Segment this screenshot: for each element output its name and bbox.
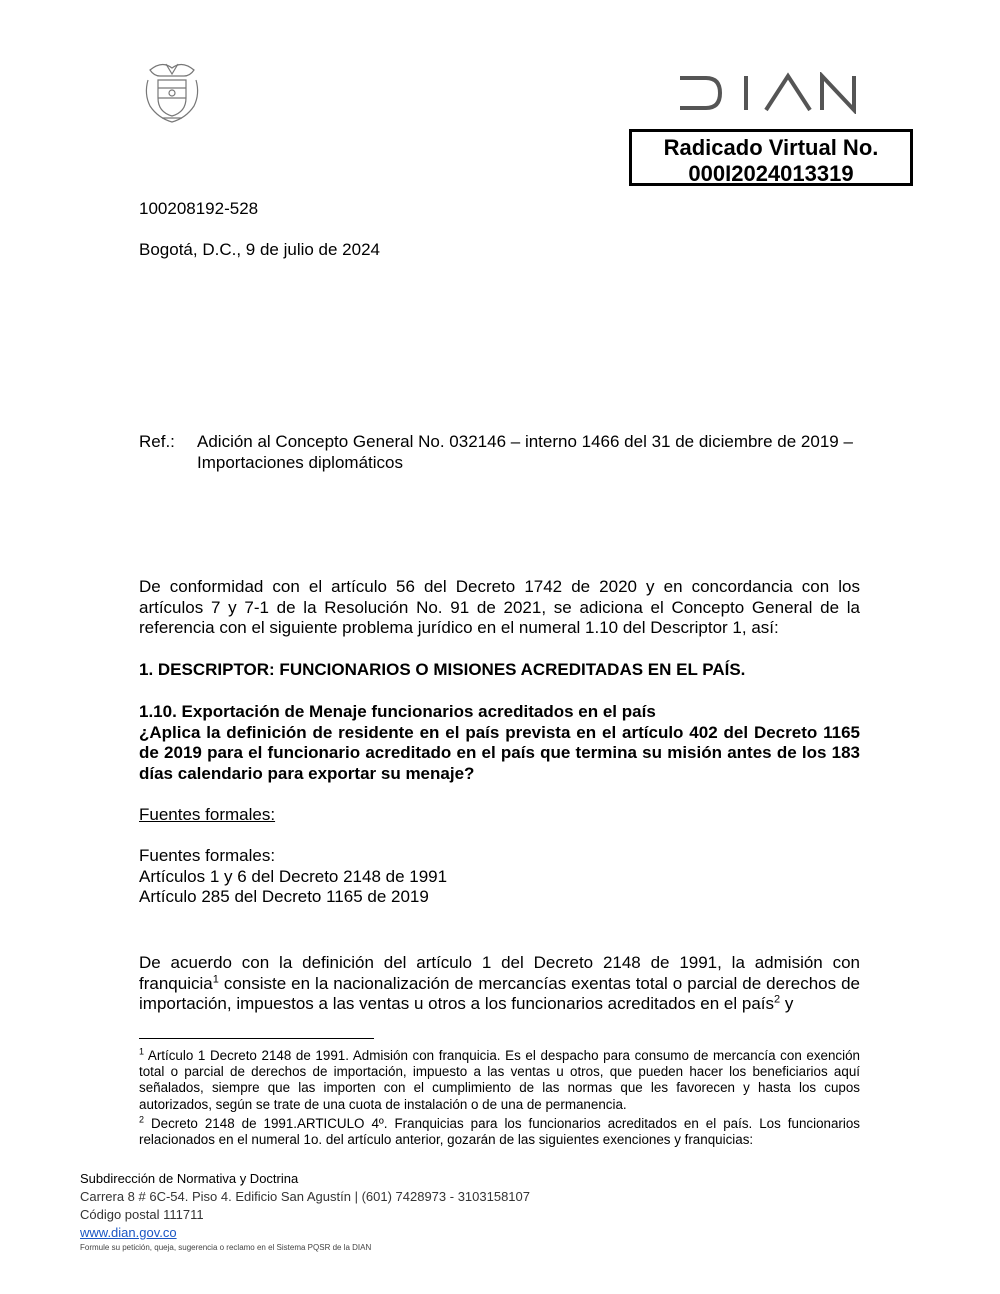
page-footer: Subdirección de Normativa y Doctrina Car… [80, 1170, 530, 1254]
legal-question-block: 1.10. Exportación de Menaje funcionarios… [139, 702, 860, 784]
colombia-coat-of-arms-icon [140, 58, 204, 126]
source-item: Artículo 285 del Decreto 1165 de 2019 [139, 887, 447, 908]
paragraph-text: consiste en la nacionalización de mercan… [139, 974, 860, 1014]
radicado-number: 000I2024013319 [632, 161, 910, 187]
radicado-box: Radicado Virtual No. 000I2024013319 [629, 129, 913, 186]
ref-text: Adición al Concepto General No. 032146 –… [197, 432, 862, 473]
legal-question: ¿Aplica la definición de residente en el… [139, 723, 860, 785]
footer-website-link[interactable]: www.dian.gov.co [80, 1225, 177, 1240]
ref-label: Ref.: [139, 432, 175, 453]
footnote-2: 2 Decreto 2148 de 1991.ARTICULO 4º. Fran… [139, 1116, 860, 1148]
franchise-paragraph: De acuerdo con la definición del artícul… [139, 953, 860, 1015]
footnote-1: 1 Artículo 1 Decreto 2148 de 1991. Admis… [139, 1048, 860, 1113]
source-item: Artículos 1 y 6 del Decreto 2148 de 1991 [139, 867, 447, 888]
footnote-text: Decreto 2148 de 1991.ARTICULO 4º. Franqu… [139, 1116, 860, 1147]
footer-postal: Código postal 111711 [80, 1206, 530, 1224]
footer-note: Formule su petición, queja, sugerencia o… [80, 1242, 530, 1254]
footnote-separator [139, 1038, 374, 1039]
section-title: 1.10. Exportación de Menaje funcionarios… [139, 702, 860, 723]
footer-office: Subdirección de Normativa y Doctrina [80, 1170, 530, 1188]
sources-list: Fuentes formales: Artículos 1 y 6 del De… [139, 846, 447, 908]
dian-logo [676, 72, 860, 114]
paragraph-text: y [780, 994, 793, 1013]
footer-address: Carrera 8 # 6C-54. Piso 4. Edificio San … [80, 1188, 530, 1206]
intro-paragraph: De conformidad con el artículo 56 del De… [139, 577, 860, 639]
sources-label: Fuentes formales: [139, 846, 447, 867]
footnote-text: Artículo 1 Decreto 2148 de 1991. Admisió… [139, 1048, 860, 1112]
document-number: 100208192-528 [139, 199, 258, 220]
radicado-label: Radicado Virtual No. [632, 135, 910, 161]
descriptor-heading: 1. DESCRIPTOR: FUNCIONARIOS O MISIONES A… [139, 660, 860, 681]
sources-heading: Fuentes formales: [139, 805, 275, 826]
document-date: Bogotá, D.C., 9 de julio de 2024 [139, 240, 380, 261]
